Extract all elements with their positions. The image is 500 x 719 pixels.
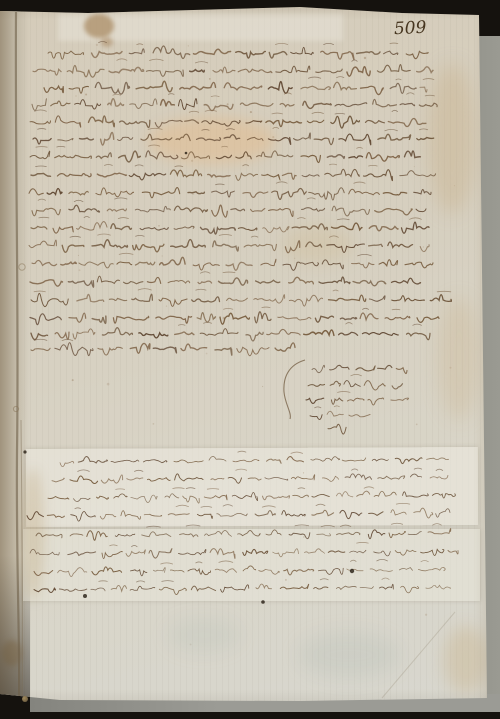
manuscript-page: 509 <box>0 0 500 719</box>
script-stroke <box>70 236 81 237</box>
script-stroke <box>349 414 370 416</box>
script-stroke <box>328 551 345 553</box>
script-stroke <box>272 188 307 199</box>
script-stroke <box>35 110 47 111</box>
script-stroke <box>350 550 366 553</box>
script-stroke <box>392 523 403 524</box>
foxing-speck <box>85 93 87 95</box>
script-stroke <box>213 67 235 73</box>
script-stroke <box>124 282 143 284</box>
script-stroke <box>201 227 236 234</box>
script-stroke <box>188 192 204 194</box>
foxing-speck <box>190 643 192 645</box>
foxing-speck <box>72 379 74 381</box>
script-stroke <box>32 208 60 215</box>
script-stroke <box>200 272 210 273</box>
script-stroke <box>92 52 122 58</box>
script-stroke <box>133 244 164 252</box>
script-stroke <box>75 100 101 109</box>
script-stroke <box>31 226 47 229</box>
script-stroke <box>216 184 225 185</box>
script-stroke <box>29 240 56 248</box>
foxing-speck <box>423 246 424 247</box>
script-stroke <box>69 191 88 194</box>
script-stroke <box>329 295 366 301</box>
script-stroke <box>342 458 366 461</box>
script-stroke <box>201 506 212 507</box>
script-stroke <box>378 476 405 479</box>
script-stroke <box>137 44 143 45</box>
script-stroke <box>375 209 412 215</box>
script-stroke <box>84 217 89 218</box>
script-stroke <box>301 86 331 89</box>
foxing-speck <box>250 111 252 113</box>
script-stroke <box>200 329 238 336</box>
script-stroke <box>385 316 410 319</box>
script-stroke <box>335 113 345 114</box>
script-stroke <box>378 365 392 369</box>
script-stroke <box>392 296 425 301</box>
script-stroke <box>110 545 118 546</box>
ink-blot <box>23 450 26 453</box>
foxing-speck <box>285 579 287 581</box>
script-stroke <box>207 489 218 490</box>
script-stroke <box>265 478 288 481</box>
script-stroke <box>132 545 138 546</box>
script-stroke <box>69 86 88 93</box>
script-stroke <box>307 120 324 122</box>
script-stroke <box>285 241 299 253</box>
script-stroke <box>78 457 107 463</box>
script-stroke <box>267 459 282 463</box>
script-stroke <box>308 77 320 78</box>
script-stroke <box>396 503 410 504</box>
script-stroke <box>119 253 133 254</box>
script-stroke <box>414 508 433 518</box>
script-stroke <box>377 559 388 561</box>
script-stroke <box>30 121 51 124</box>
script-stroke <box>306 242 322 247</box>
script-stroke <box>101 132 114 145</box>
script-stroke <box>410 474 421 477</box>
script-stroke <box>99 581 108 582</box>
script-stroke <box>383 192 406 195</box>
script-stroke <box>256 584 272 589</box>
foxing-speck <box>364 57 366 59</box>
script-stroke <box>407 93 414 94</box>
foxing-speck <box>78 255 79 256</box>
script-stroke <box>237 347 269 355</box>
script-stroke <box>366 120 385 123</box>
script-stroke <box>337 532 361 534</box>
script-stroke <box>389 532 406 538</box>
script-stroke <box>408 532 421 535</box>
script-stroke <box>179 99 198 110</box>
script-stroke <box>34 291 45 292</box>
script-stroke <box>176 505 189 507</box>
foxing-speck <box>454 185 455 186</box>
script-stroke <box>210 549 235 559</box>
script-stroke <box>337 77 344 78</box>
script-stroke <box>87 531 107 541</box>
script-stroke <box>364 487 374 488</box>
script-stroke <box>333 290 338 291</box>
script-stroke <box>215 569 236 573</box>
script-stroke <box>148 128 162 129</box>
script-stroke <box>259 569 280 574</box>
script-stroke <box>312 494 329 497</box>
script-stroke <box>331 398 342 404</box>
script-stroke <box>306 398 324 403</box>
script-stroke <box>256 280 280 283</box>
foxing-speck <box>107 383 110 386</box>
script-stroke <box>219 561 233 562</box>
script-stroke <box>34 339 47 340</box>
script-stroke <box>298 218 306 219</box>
script-stroke <box>338 391 351 392</box>
foxing-speck <box>272 136 274 138</box>
script-stroke <box>405 151 421 158</box>
script-stroke <box>32 260 57 265</box>
script-stroke <box>202 121 240 126</box>
script-stroke <box>29 189 43 195</box>
script-stroke <box>204 495 227 500</box>
script-stroke <box>238 228 256 231</box>
script-stroke <box>283 262 319 270</box>
script-stroke <box>261 259 276 265</box>
script-stroke <box>168 280 190 283</box>
script-stroke <box>215 348 232 355</box>
script-stroke <box>97 276 119 283</box>
script-stroke <box>118 218 128 219</box>
script-stroke <box>291 47 314 54</box>
script-stroke <box>95 82 129 94</box>
script-stroke <box>240 103 273 106</box>
script-stroke <box>369 165 378 166</box>
script-stroke <box>405 262 433 268</box>
script-stroke <box>262 506 275 507</box>
script-stroke <box>369 244 383 246</box>
script-stroke <box>48 51 84 59</box>
script-stroke <box>319 277 350 284</box>
script-stroke <box>190 70 205 72</box>
script-stroke <box>91 588 105 591</box>
script-stroke <box>162 581 174 582</box>
script-stroke <box>115 534 135 536</box>
script-stroke <box>362 333 398 336</box>
script-stroke <box>153 347 176 353</box>
script-stroke <box>73 329 95 339</box>
script-stroke <box>379 584 393 589</box>
script-stroke <box>247 137 263 140</box>
script-stroke <box>219 278 248 285</box>
script-stroke <box>175 332 194 335</box>
script-stroke <box>149 549 172 559</box>
script-stroke <box>135 206 170 212</box>
script-stroke <box>196 289 206 290</box>
script-stroke <box>366 153 399 162</box>
script-stroke <box>327 155 344 159</box>
script-stroke <box>57 146 65 147</box>
script-stroke <box>89 116 115 127</box>
script-stroke <box>53 227 73 233</box>
script-stroke <box>129 49 144 54</box>
script-stroke <box>153 568 165 573</box>
script-stroke <box>75 508 81 509</box>
script-stroke <box>169 94 175 95</box>
foxing-speck <box>161 255 162 256</box>
script-stroke <box>170 570 184 572</box>
script-stroke <box>340 525 350 526</box>
script-stroke <box>413 324 422 325</box>
script-stroke <box>304 330 334 335</box>
script-stroke <box>143 460 167 463</box>
script-stroke <box>44 86 63 92</box>
script-stroke <box>425 95 434 96</box>
script-stroke <box>175 474 203 481</box>
script-stroke <box>141 134 172 140</box>
script-stroke <box>417 138 434 140</box>
script-stroke <box>280 103 294 106</box>
script-stroke <box>368 530 385 539</box>
script-stroke <box>396 79 401 80</box>
script-stroke <box>430 295 451 302</box>
script-stroke <box>340 510 362 518</box>
script-stroke <box>30 151 50 159</box>
script-stroke <box>194 49 231 54</box>
foxing-speck <box>158 225 160 227</box>
script-stroke <box>30 280 63 286</box>
script-stroke <box>79 262 113 268</box>
script-stroke <box>400 103 414 105</box>
foxing-speck <box>153 423 155 425</box>
foxing-speck <box>206 353 208 355</box>
script-stroke <box>385 129 398 130</box>
script-stroke <box>180 82 216 89</box>
script-stroke <box>401 586 419 593</box>
script-stroke <box>395 550 416 555</box>
script-stroke <box>392 309 400 310</box>
script-stroke <box>178 549 206 554</box>
script-stroke <box>263 496 290 500</box>
script-stroke <box>330 365 349 370</box>
script-stroke <box>246 332 263 341</box>
script-stroke <box>170 170 201 177</box>
script-stroke <box>109 298 126 300</box>
script-stroke <box>369 512 383 516</box>
script-stroke <box>168 514 189 515</box>
script-stroke <box>292 224 327 230</box>
script-stroke <box>108 99 124 106</box>
script-stroke <box>55 343 93 356</box>
script-stroke <box>139 333 168 338</box>
script-stroke <box>61 262 77 265</box>
script-stroke <box>272 113 283 114</box>
script-stroke <box>257 151 293 157</box>
script-stroke <box>352 469 358 470</box>
note-brace <box>284 360 305 419</box>
script-stroke <box>331 116 360 128</box>
foxing-speck <box>209 78 211 80</box>
script-stroke <box>198 281 212 283</box>
script-stroke <box>147 526 161 527</box>
foxing-specks <box>72 44 455 646</box>
script-stroke <box>191 586 215 591</box>
script-stroke <box>420 87 427 92</box>
script-stroke <box>222 146 228 147</box>
script-stroke <box>62 245 84 252</box>
ink-blot <box>261 600 265 604</box>
script-stroke <box>391 398 409 400</box>
script-stroke <box>357 542 369 543</box>
script-stroke <box>185 120 199 123</box>
script-stroke <box>334 82 357 89</box>
script-stroke <box>192 297 220 302</box>
script-stroke <box>243 549 268 555</box>
script-stroke <box>263 227 289 233</box>
script-stroke <box>337 219 349 220</box>
script-stroke <box>269 52 287 58</box>
script-stroke <box>294 133 311 140</box>
script-stroke <box>175 166 183 167</box>
script-stroke <box>55 332 69 339</box>
script-stroke <box>339 134 371 145</box>
script-stroke <box>205 531 232 537</box>
script-stroke <box>142 532 171 537</box>
foxing-speck <box>303 536 304 537</box>
script-stroke <box>275 43 287 44</box>
script-stroke <box>243 192 268 197</box>
handwriting-layer: 509 <box>0 0 500 719</box>
script-stroke <box>307 198 315 199</box>
script-stroke <box>335 103 367 107</box>
script-stroke <box>30 549 59 555</box>
script-stroke <box>58 138 73 141</box>
script-stroke <box>55 155 92 158</box>
script-stroke <box>305 549 325 554</box>
script-stroke <box>27 512 43 520</box>
script-stroke <box>262 174 280 180</box>
script-stroke <box>369 226 398 231</box>
foxing-speck <box>450 367 452 369</box>
script-stroke <box>349 156 363 158</box>
script-stroke <box>426 585 451 589</box>
script-stroke <box>36 147 47 148</box>
script-stroke <box>148 478 171 481</box>
script-stroke <box>131 570 147 576</box>
script-stroke <box>322 260 343 269</box>
script-stroke <box>117 59 127 61</box>
script-stroke <box>113 94 121 95</box>
script-stroke <box>161 563 173 564</box>
manuscript-scan: 509 <box>0 0 500 719</box>
script-stroke <box>212 205 228 217</box>
margin-circle-mark <box>19 264 25 270</box>
script-stroke <box>181 344 207 351</box>
script-stroke <box>236 469 247 470</box>
script-stroke <box>311 457 340 462</box>
script-stroke <box>358 254 372 255</box>
script-stroke <box>159 587 186 594</box>
script-stroke <box>57 174 91 177</box>
script-stroke <box>34 588 56 592</box>
script-stroke <box>153 46 190 58</box>
script-stroke <box>32 99 46 111</box>
script-stroke <box>392 384 402 389</box>
script-stroke <box>51 101 70 106</box>
script-stroke <box>174 460 203 463</box>
script-stroke <box>47 515 64 518</box>
script-stroke <box>363 308 369 309</box>
script-stroke <box>146 70 183 76</box>
script-stroke <box>92 316 106 323</box>
script-stroke <box>327 411 343 416</box>
script-stroke <box>97 496 109 499</box>
script-stroke <box>416 209 426 212</box>
script-stroke <box>224 83 262 90</box>
script-stroke <box>111 460 139 462</box>
script-stroke <box>269 209 293 217</box>
script-stroke <box>189 111 198 112</box>
foxing-speck <box>425 614 427 616</box>
script-stroke <box>131 495 157 502</box>
script-stroke <box>135 470 143 471</box>
script-stroke <box>345 474 371 480</box>
script-stroke <box>127 478 143 480</box>
script-stroke <box>421 549 444 555</box>
script-stroke <box>36 166 47 167</box>
script-stroke <box>97 173 126 177</box>
foxing-speck <box>416 424 418 426</box>
script-stroke <box>268 138 290 145</box>
script-stroke <box>352 60 357 61</box>
script-stroke <box>402 222 430 233</box>
script-stroke <box>388 119 426 127</box>
script-stroke <box>223 272 235 273</box>
script-stroke <box>268 82 292 94</box>
script-stroke <box>111 224 132 230</box>
script-stroke <box>142 188 179 198</box>
script-stroke <box>289 533 310 539</box>
ink-blot <box>350 569 354 573</box>
foxing-speck <box>223 317 226 320</box>
script-stroke <box>232 492 257 500</box>
script-stroke <box>400 171 436 177</box>
script-stroke <box>98 347 122 355</box>
script-stroke <box>33 69 61 75</box>
script-stroke <box>246 121 262 123</box>
script-stroke <box>74 200 83 201</box>
script-stroke <box>47 189 62 195</box>
script-stroke <box>407 333 431 340</box>
script-stroke <box>55 116 80 127</box>
script-stroke <box>310 415 322 420</box>
script-stroke <box>321 525 334 526</box>
script-stroke <box>427 458 449 460</box>
chancery-note-block <box>306 365 409 434</box>
script-stroke <box>391 510 406 515</box>
script-stroke <box>301 155 320 162</box>
script-stroke <box>428 529 451 534</box>
script-stroke <box>176 134 190 140</box>
script-stroke <box>377 65 410 73</box>
gutter-crease-secondary <box>21 420 22 698</box>
foxing-speck <box>188 45 189 46</box>
script-stroke <box>135 165 143 166</box>
script-stroke <box>330 381 340 386</box>
script-stroke <box>370 569 392 572</box>
script-stroke <box>74 498 91 501</box>
